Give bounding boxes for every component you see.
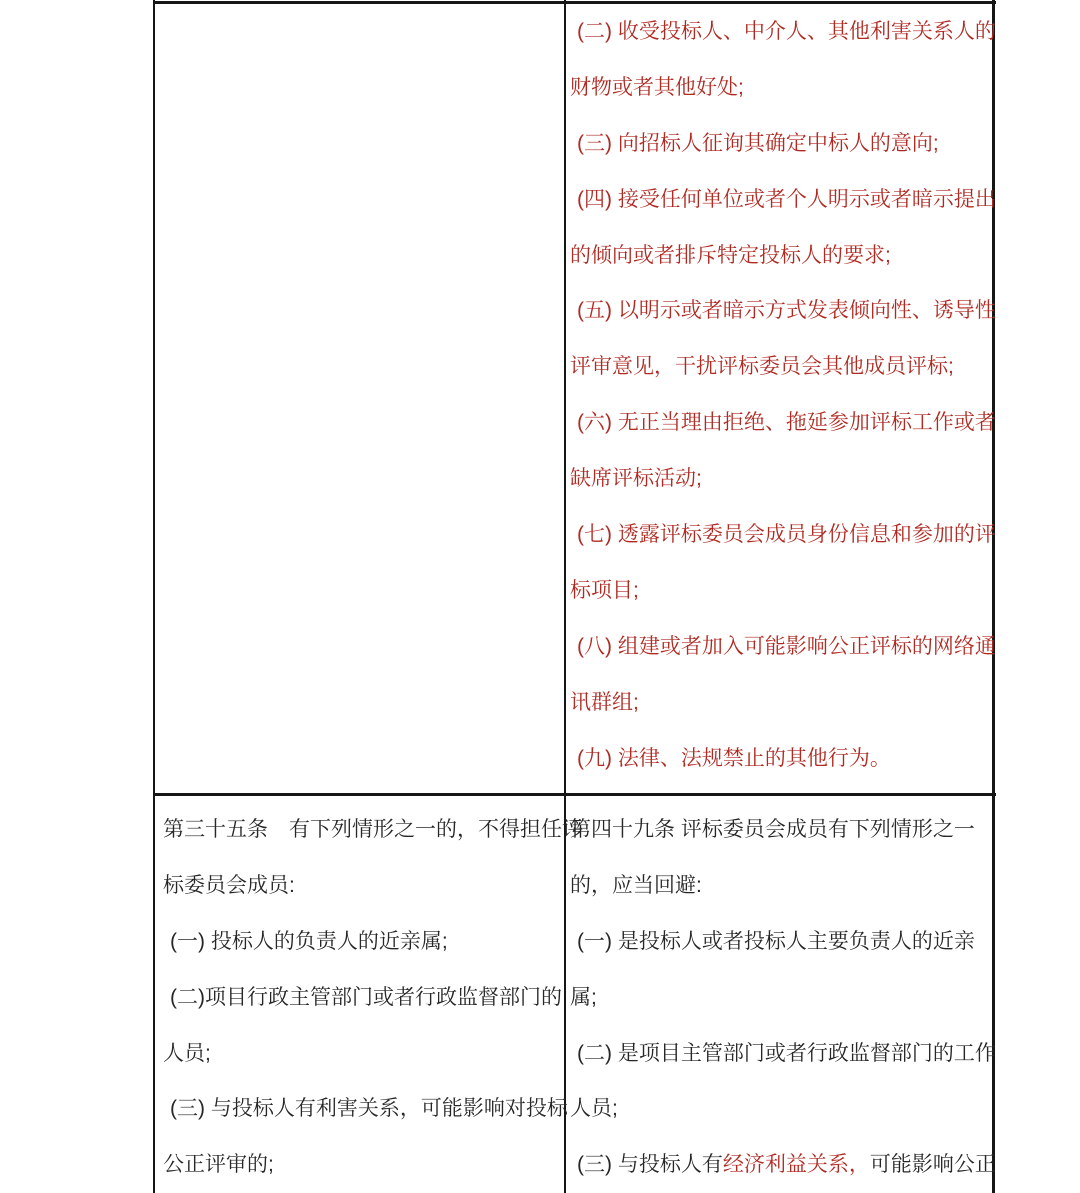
highlighted-text: 的倾向或者排斥特定投标人的要求; — [570, 239, 891, 269]
text-line: 的，应当回避: — [570, 856, 990, 912]
highlighted-text: 标项目; — [570, 574, 639, 604]
table-left-border — [153, 0, 155, 1193]
text-line: (三) 与投标人有经济利益关系，可能影响公正 — [570, 1135, 990, 1191]
document-page: (二) 收受投标人、中介人、其他利害关系人的财物或者其他好处;(三) 向招标人征… — [0, 0, 1080, 1193]
text-line: 人员; — [163, 1024, 561, 1080]
body-text: (三) 与投标人有 — [577, 1148, 723, 1178]
highlighted-text: (八) 组建或者加入可能影响公正评标的网络通 — [577, 630, 996, 660]
text-line: 公正评审的; — [163, 1135, 561, 1191]
text-line: 标项目; — [570, 561, 990, 617]
text-line: (九) 法律、法规禁止的其他行为。 — [570, 729, 990, 785]
body-text: (二) 是项目主管部门或者行政监督部门的工作 — [577, 1037, 996, 1067]
highlighted-text: (六) 无正当理由拒绝、拖延参加评标工作或者 — [577, 406, 996, 436]
cell-bottom-left: 第三十五条 有下列情形之一的，不得担任评标委员会成员:(一) 投标人的负责人的近… — [163, 800, 561, 1191]
text-line: (七) 透露评标委员会成员身份信息和参加的评 — [570, 505, 990, 561]
table-right-border — [992, 0, 995, 1193]
cell-top-left — [163, 4, 561, 791]
highlighted-text: 评审意见，干扰评标委员会其他成员评标; — [570, 350, 954, 380]
body-text: (二)项目行政主管部门或者行政监督部门的 — [170, 981, 562, 1011]
text-line: (三) 与投标人有利害关系，可能影响对投标 — [163, 1079, 561, 1135]
text-line: (二)项目行政主管部门或者行政监督部门的 — [163, 968, 561, 1024]
text-line: 缺席评标活动; — [570, 449, 990, 505]
text-line: 评审意见，干扰评标委员会其他成员评标; — [570, 337, 990, 393]
text-line: 财物或者其他好处; — [570, 58, 990, 114]
cell-bottom-right: 第四十九条 评标委员会成员有下列情形之一的，应当回避:(一) 是投标人或者投标人… — [570, 800, 990, 1191]
text-line: 第四十九条 评标委员会成员有下列情形之一 — [570, 800, 990, 856]
text-line: 标委员会成员: — [163, 856, 561, 912]
text-line: (一) 是投标人或者投标人主要负责人的近亲 — [570, 912, 990, 968]
body-text: (一) 是投标人或者投标人主要负责人的近亲 — [577, 925, 975, 955]
cell-top-right: (二) 收受投标人、中介人、其他利害关系人的财物或者其他好处;(三) 向招标人征… — [570, 2, 990, 784]
text-line: (六) 无正当理由拒绝、拖延参加评标工作或者 — [570, 393, 990, 449]
body-text: 可能影响公正 — [870, 1148, 996, 1178]
body-text: (三) 与投标人有利害关系，可能影响对投标 — [170, 1092, 568, 1122]
text-line: (五) 以明示或者暗示方式发表倾向性、诱导性 — [570, 281, 990, 337]
highlighted-text: (四) 接受任何单位或者个人明示或者暗示提出 — [577, 183, 996, 213]
highlighted-text: (三) 向招标人征询其确定中标人的意向; — [577, 127, 939, 157]
text-line: 讯群组; — [570, 673, 990, 729]
text-line: 的倾向或者排斥特定投标人的要求; — [570, 226, 990, 282]
highlighted-text: (二) 收受投标人、中介人、其他利害关系人的 — [577, 15, 996, 45]
table-column-divider — [564, 0, 566, 1193]
text-line: 人员; — [570, 1079, 990, 1135]
body-text: (一) 投标人的负责人的近亲属; — [170, 925, 448, 955]
highlighted-text: (九) 法律、法规禁止的其他行为。 — [577, 742, 891, 772]
table-row-divider — [153, 793, 996, 796]
highlighted-text: 经济利益关系， — [723, 1148, 870, 1178]
text-line: 第三十五条 有下列情形之一的，不得担任评 — [163, 800, 561, 856]
text-line: (三) 向招标人征询其确定中标人的意向; — [570, 114, 990, 170]
text-line: (二) 是项目主管部门或者行政监督部门的工作 — [570, 1024, 990, 1080]
body-text: 属; — [570, 981, 597, 1011]
highlighted-text: 缺席评标活动; — [570, 462, 702, 492]
body-text: 公正评审的; — [163, 1148, 274, 1178]
body-text: 的，应当回避: — [570, 869, 702, 899]
body-text: 第四十九条 评标委员会成员有下列情形之一 — [570, 813, 975, 843]
body-text: 人员; — [570, 1092, 618, 1122]
text-line: (二) 收受投标人、中介人、其他利害关系人的 — [570, 2, 990, 58]
text-line: 属; — [570, 968, 990, 1024]
highlighted-text: 财物或者其他好处; — [570, 71, 744, 101]
text-line: (八) 组建或者加入可能影响公正评标的网络通 — [570, 617, 990, 673]
highlighted-text: 讯群组; — [570, 686, 639, 716]
highlighted-text: (七) 透露评标委员会成员身份信息和参加的评 — [577, 518, 996, 548]
highlighted-text: (五) 以明示或者暗示方式发表倾向性、诱导性 — [577, 294, 996, 324]
body-text: 标委员会成员: — [163, 869, 295, 899]
text-line: (一) 投标人的负责人的近亲属; — [163, 912, 561, 968]
body-text: 第三十五条 有下列情形之一的，不得担任评 — [163, 813, 583, 843]
text-line: (四) 接受任何单位或者个人明示或者暗示提出 — [570, 170, 990, 226]
body-text: 人员; — [163, 1037, 211, 1067]
